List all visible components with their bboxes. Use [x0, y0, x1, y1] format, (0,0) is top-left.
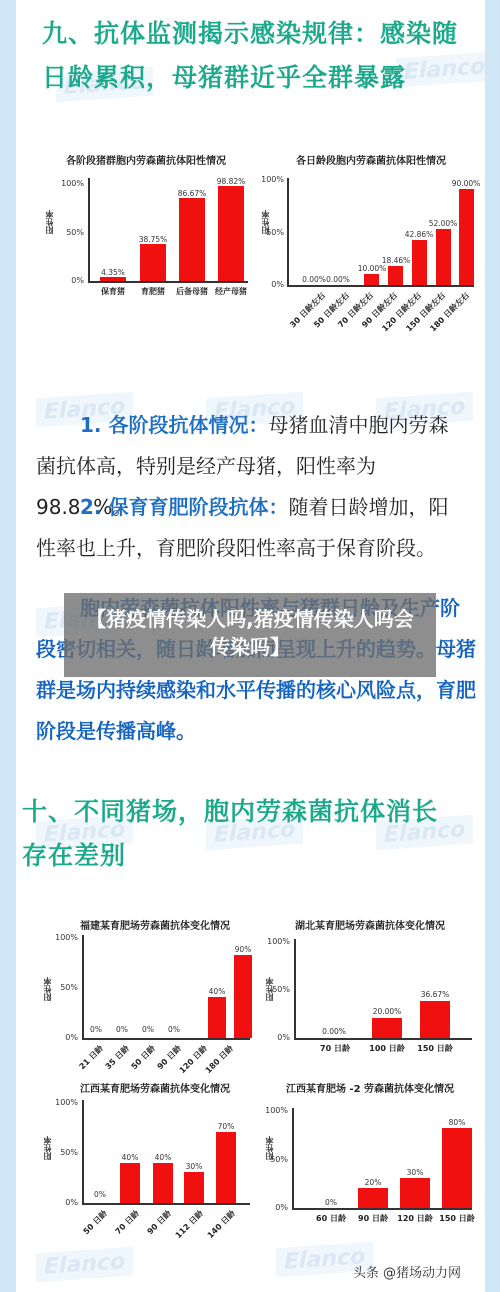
value-label: 90.00% — [446, 179, 486, 188]
bar — [208, 997, 226, 1038]
value-label: 40% — [143, 1153, 183, 1162]
value-label: 30% — [174, 1162, 214, 1171]
y-tick: 100% — [48, 1098, 78, 1107]
value-label: 38.75% — [133, 235, 173, 244]
bar — [216, 1132, 236, 1203]
finding-2: 2. 保育育肥阶段抗体：随着日龄增加，阳性率也上升，育肥阶段阳性率高于保育阶段。 — [36, 487, 466, 569]
watermark: Elanco — [36, 1247, 133, 1283]
overlay-line-1: 【猪疫情传染人吗,猪疫情传染人吗会 — [64, 605, 436, 633]
category-label: 150 日龄 — [410, 1043, 460, 1054]
y-tick: 50% — [48, 1148, 78, 1157]
y-tick: 100% — [48, 933, 78, 942]
value-label: 4.35% — [93, 268, 133, 277]
y-axis — [82, 935, 84, 1039]
y-tick: 0% — [48, 1033, 78, 1042]
y-tick: 50% — [48, 983, 78, 992]
bar — [442, 1128, 472, 1208]
bar — [364, 274, 379, 285]
chart-age-positivity: 各日龄段胞内劳森菌抗体阳性情况 阳性率 100% 50% 0% 0.00% 0.… — [256, 148, 486, 338]
value-label: 70% — [206, 1122, 246, 1131]
chart-jiangxi: 江西某育肥场劳森菌抗体变化情况 阳性率 100% 50% 0% 0% 40% 4… — [20, 1078, 250, 1243]
chart-title: 江西某育肥场劳森菌抗体变化情况 — [60, 1080, 250, 1095]
y-tick: 100% — [54, 179, 84, 188]
bar — [372, 1018, 402, 1038]
x-axis — [82, 1038, 250, 1040]
y-tick: 50% — [260, 985, 290, 994]
bar — [420, 1001, 450, 1038]
chart-title: 各日龄段胞内劳森菌抗体阳性情况 — [256, 152, 486, 167]
category-label: 150 日龄 — [432, 1213, 482, 1224]
bar — [184, 1172, 204, 1203]
y-tick: 100% — [254, 175, 284, 184]
bar — [120, 1163, 140, 1203]
finding-label: 1. 各阶段抗体情况： — [80, 413, 268, 437]
value-label: 10.00% — [352, 264, 392, 273]
bar — [153, 1163, 173, 1203]
value-label: 0% — [154, 1025, 194, 1034]
y-tick: 0% — [258, 1203, 288, 1212]
bar — [179, 198, 205, 281]
value-label: 42.86% — [399, 230, 439, 239]
x-axis — [287, 285, 474, 287]
y-tick: 0% — [254, 280, 284, 289]
y-tick: 0% — [48, 1198, 78, 1207]
chart-hubei: 湖北某育肥场劳森菌抗体变化情况 阳性率 100% 50% 0% 0.00% 20… — [260, 915, 480, 1065]
article-title-overlay: 【猪疫情传染人吗,猪疫情传染人吗会 传染吗】 — [64, 593, 436, 677]
y-axis — [294, 939, 296, 1039]
chart-stage-positivity: 各阶段猪群胞内劳森菌抗体阳性情况 阳性率 100% 50% 0% 4.35% 3… — [36, 148, 256, 298]
y-axis — [82, 1100, 84, 1204]
bar — [140, 244, 166, 281]
x-axis — [292, 1208, 472, 1210]
bar — [459, 189, 474, 285]
chart-title: 江西某育肥场 -2 劳森菌抗体变化情况 — [260, 1080, 480, 1095]
y-axis — [292, 1108, 294, 1209]
section-10-heading: 十、不同猪场，胞内劳森菌抗体消长存在差别 — [22, 790, 442, 878]
chart-title: 各阶段猪群胞内劳森菌抗体阳性情况 — [36, 152, 256, 167]
category-label: 70 日龄 — [310, 1043, 360, 1054]
value-label: 18.46% — [376, 256, 416, 265]
value-label: 0.00% — [314, 1027, 354, 1036]
category-label: 经产母猪 — [206, 286, 256, 297]
value-label: 0.00% — [318, 275, 358, 284]
value-label: 20% — [353, 1178, 393, 1187]
finding-label: 2. 保育育肥阶段抗体： — [80, 495, 288, 519]
chart-title: 湖北某育肥场劳森菌抗体变化情况 — [260, 917, 480, 932]
source-attribution: 头条 @猪场动力网 — [353, 1262, 461, 1281]
x-axis — [88, 281, 248, 283]
value-label: 30% — [395, 1168, 435, 1177]
value-label: 86.67% — [172, 189, 212, 198]
bar — [400, 1178, 430, 1208]
y-tick: 100% — [260, 937, 290, 946]
bar — [218, 186, 244, 281]
bar — [100, 277, 126, 281]
overlay-line-2: 传染吗】 — [64, 633, 436, 661]
y-axis — [88, 178, 90, 282]
value-label: 98.82% — [211, 177, 251, 186]
bar — [234, 955, 252, 1038]
value-label: 90% — [223, 945, 263, 954]
y-tick: 0% — [54, 276, 84, 285]
x-axis — [82, 1203, 250, 1205]
y-tick: 50% — [258, 1155, 288, 1164]
y-tick: 0% — [260, 1033, 290, 1042]
y-axis — [287, 178, 289, 286]
bar — [358, 1188, 388, 1208]
chart-jiangxi-2: 江西某育肥场 -2 劳森菌抗体变化情况 阳性率 100% 50% 0% 0% 2… — [260, 1078, 480, 1228]
x-axis — [294, 1038, 472, 1040]
value-label: 20.00% — [367, 1007, 407, 1016]
value-label: 40% — [197, 987, 237, 996]
y-tick: 50% — [254, 228, 284, 237]
category-label: 100 日龄 — [362, 1043, 412, 1054]
value-label: 0% — [80, 1190, 120, 1199]
value-label: 80% — [437, 1118, 477, 1127]
y-tick: 100% — [258, 1106, 288, 1115]
value-label: 52.00% — [423, 219, 463, 228]
section-9-heading: 九、抗体监测揭示感染规律：感染随日龄累积，母猪群近乎全群暴露 — [42, 12, 462, 100]
chart-title: 福建某育肥场劳森菌抗体变化情况 — [60, 917, 250, 932]
y-tick: 50% — [54, 228, 84, 237]
value-label: 0% — [311, 1198, 351, 1207]
chart-fujian: 福建某育肥场劳森菌抗体变化情况 阳性率 100% 50% 0% 0% 0% 0%… — [20, 915, 250, 1075]
value-label: 36.67% — [415, 990, 455, 999]
